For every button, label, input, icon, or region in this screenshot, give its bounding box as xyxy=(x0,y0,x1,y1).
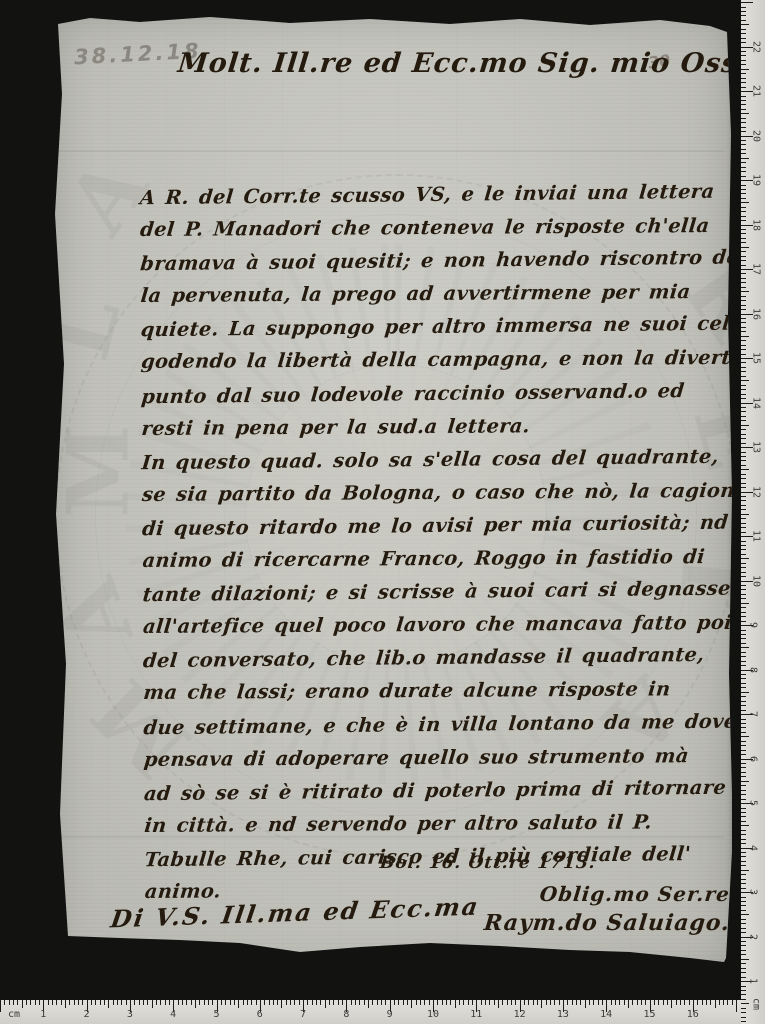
ruler-tick xyxy=(741,198,746,199)
ruler-tick xyxy=(741,799,746,800)
ruler-number: 15 xyxy=(643,1009,655,1020)
ruler-tick xyxy=(741,385,746,386)
ruler-number: 6 xyxy=(257,1009,263,1020)
ruler-tick xyxy=(741,287,746,288)
ruler-tick xyxy=(741,834,746,835)
scan-stage: ALMAMATER 38.12.18 30 Molt. Ill.re ed Ec… xyxy=(0,0,765,1024)
ruler-tick xyxy=(741,376,746,377)
ruler-number: 7 xyxy=(300,1009,306,1020)
ruler-number: 14 xyxy=(600,1009,612,1020)
ruler-tick xyxy=(680,1000,681,1005)
ruler-tick xyxy=(741,843,746,844)
ruler-tick xyxy=(741,273,746,274)
ruler-number: 8 xyxy=(748,666,759,672)
ruler-tick xyxy=(472,1000,473,1005)
ruler-tick xyxy=(741,309,746,310)
ruler-tick xyxy=(147,1000,148,1005)
ruler-tick xyxy=(741,322,746,323)
ruler-tick xyxy=(741,55,746,56)
ruler-tick xyxy=(741,914,749,915)
ruler-tick xyxy=(329,1000,330,1005)
ruler-tick xyxy=(524,1000,525,1005)
ruler-tick xyxy=(468,1000,469,1005)
ruler-number: 11 xyxy=(470,1009,482,1020)
ruler-tick xyxy=(654,1000,655,1005)
ruler-tick xyxy=(741,785,746,786)
ruler-tick xyxy=(741,238,746,239)
ruler-tick xyxy=(61,1000,62,1005)
ruler-tick xyxy=(741,1017,746,1018)
ruler-number: 16 xyxy=(751,307,762,319)
ruler-tick xyxy=(741,509,746,510)
ruler-tick xyxy=(741,607,746,608)
ruler-tick xyxy=(741,487,746,488)
ruler-tick xyxy=(741,683,746,684)
ruler-tick xyxy=(424,1000,425,1005)
ruler-number: 19 xyxy=(751,174,762,186)
ruler-tick xyxy=(741,158,749,159)
ruler-tick xyxy=(39,1000,40,1005)
ruler-tick xyxy=(446,1000,447,1005)
ruler-tick xyxy=(139,1000,140,1005)
ruler-tick xyxy=(741,705,746,706)
ruler-tick xyxy=(741,518,746,519)
ruler-tick xyxy=(199,1000,200,1005)
ruler-tick xyxy=(741,736,749,737)
ruler-tick xyxy=(537,1000,538,1005)
ruler-tick xyxy=(741,772,746,773)
ruler-tick xyxy=(351,1000,352,1005)
ruler-tick xyxy=(702,1000,703,1005)
ruler-tick xyxy=(741,1008,746,1009)
ruler-tick xyxy=(741,345,746,346)
ruler-tick xyxy=(121,1000,122,1005)
ruler-tick xyxy=(741,719,746,720)
ruler-tick xyxy=(463,1000,464,1005)
ruler-tick xyxy=(741,527,746,528)
ruler-tick xyxy=(741,505,746,506)
ruler-tick xyxy=(741,167,746,168)
ruler-tick xyxy=(741,460,746,461)
ruler-tick xyxy=(204,1000,205,1005)
ruler-number: 10 xyxy=(427,1009,439,1020)
ruler-tick xyxy=(741,425,749,426)
manuscript-line: punto dal suo lodevole raccinio osservan… xyxy=(139,378,722,418)
ruler-tick xyxy=(741,64,746,65)
ruler-tick xyxy=(741,776,746,777)
ruler-tick xyxy=(741,767,746,768)
vertical-cm-ruler: cm 22212019181716151413121110987654321 xyxy=(741,0,765,1024)
ruler-unit-label: cm xyxy=(8,1009,20,1020)
ruler-tick xyxy=(572,1000,573,1005)
ruler-tick xyxy=(741,545,746,546)
signature-block: Oblig.mo Ser.re Raym.do Saluiago. xyxy=(430,882,730,936)
ruler-tick xyxy=(56,1000,57,1005)
ruler-number: 7 xyxy=(748,711,759,717)
ruler-tick xyxy=(78,1000,79,1005)
ruler-tick xyxy=(727,1000,728,1005)
ruler-tick xyxy=(364,1000,365,1005)
ruler-tick xyxy=(91,1000,92,1005)
ruler-tick xyxy=(741,994,746,995)
ruler-tick xyxy=(741,354,746,355)
ruler-tick xyxy=(741,87,746,88)
ruler-tick xyxy=(741,879,746,880)
ruler-tick xyxy=(741,398,746,399)
ruler-tick xyxy=(113,1000,114,1005)
ruler-unit-label: cm xyxy=(751,998,762,1010)
ruler-tick xyxy=(741,563,746,564)
ruler-tick xyxy=(741,861,746,862)
ruler-tick xyxy=(48,1000,49,1005)
seal-letter: L xyxy=(36,289,132,368)
ruler-tick xyxy=(152,1000,153,1008)
ruler-tick xyxy=(741,576,746,577)
ruler-tick xyxy=(741,265,746,266)
manuscript-line: se sia partito da Bologna, o caso che nò… xyxy=(140,479,723,516)
ruler-tick xyxy=(741,999,746,1000)
ruler-tick xyxy=(741,362,746,363)
ruler-tick xyxy=(741,665,746,666)
ruler-tick xyxy=(741,888,746,889)
ruler-tick xyxy=(160,1000,161,1005)
ruler-tick xyxy=(82,1000,83,1005)
seal-letter: A xyxy=(44,569,145,659)
ruler-tick xyxy=(741,514,749,515)
manuscript-line: godendo la libertà della campagna, e non… xyxy=(139,346,722,383)
ruler-tick xyxy=(741,127,746,128)
ruler-number: 3 xyxy=(748,889,759,895)
ruler-tick xyxy=(706,1000,707,1005)
ruler-tick xyxy=(741,140,746,141)
ruler-tick xyxy=(208,1000,209,1005)
ruler-tick xyxy=(156,1000,157,1005)
ruler-tick xyxy=(741,598,746,599)
ruler-tick xyxy=(619,1000,620,1005)
ruler-tick xyxy=(741,51,746,52)
ruler-tick xyxy=(429,1000,430,1005)
ruler-tick xyxy=(407,1000,408,1005)
ruler-tick xyxy=(741,73,746,74)
ruler-number: 14 xyxy=(751,396,762,408)
ruler-tick xyxy=(741,7,746,8)
ruler-tick xyxy=(4,1000,5,1005)
ruler-tick xyxy=(741,380,749,381)
ruler-number: 15 xyxy=(751,352,762,364)
ruler-tick xyxy=(741,96,746,97)
manuscript-line: del P. Manadori che conteneva le rispost… xyxy=(138,214,721,251)
ruler-tick xyxy=(741,100,746,101)
ruler-tick xyxy=(580,1000,581,1005)
ruler-tick xyxy=(403,1000,404,1005)
ruler-tick xyxy=(741,638,746,639)
horizontal-cm-ruler: cm 12345678910111213141516 xyxy=(0,1000,741,1024)
ruler-tick xyxy=(741,207,746,208)
ruler-tick xyxy=(741,24,749,25)
ruler-tick xyxy=(455,1000,456,1008)
ruler-tick xyxy=(741,434,746,435)
ruler-tick xyxy=(741,122,746,123)
ruler-tick xyxy=(741,60,746,61)
ruler-tick xyxy=(741,296,746,297)
ruler-tick xyxy=(741,732,746,733)
ruler-tick xyxy=(684,1000,685,1005)
ruler-tick xyxy=(559,1000,560,1005)
ruler-tick xyxy=(234,1000,235,1005)
ruler-tick xyxy=(741,327,746,328)
ruler-tick xyxy=(741,420,746,421)
ruler-tick xyxy=(567,1000,568,1005)
ruler-number: 21 xyxy=(751,85,762,97)
ruler-tick xyxy=(238,1000,239,1008)
ruler-tick xyxy=(741,647,749,648)
ruler-tick xyxy=(576,1000,577,1005)
ruler-number: 9 xyxy=(387,1009,393,1020)
ruler-tick xyxy=(307,1000,308,1005)
ruler-number: 8 xyxy=(343,1009,349,1020)
ruler-tick xyxy=(741,794,746,795)
ruler-tick xyxy=(645,1000,646,1005)
ruler-tick xyxy=(273,1000,274,1005)
ruler-tick xyxy=(355,1000,356,1005)
ruler-tick xyxy=(741,15,746,16)
ruler-tick xyxy=(381,1000,382,1005)
ruler-tick xyxy=(741,371,746,372)
ruler-tick xyxy=(589,1000,590,1005)
fold-crease xyxy=(58,150,724,152)
ruler-number: 6 xyxy=(748,755,759,761)
ruler-tick xyxy=(338,1000,339,1005)
ruler-tick xyxy=(741,131,746,132)
manuscript-line: ad sò se si è ritirato di poterlo prima … xyxy=(142,775,725,815)
ruler-tick xyxy=(741,300,746,301)
ruler-tick xyxy=(741,2,753,3)
ruler-tick xyxy=(732,1000,733,1005)
ruler-tick xyxy=(286,1000,287,1005)
ruler-tick xyxy=(741,972,746,973)
ruler-tick xyxy=(225,1000,226,1005)
ruler-tick xyxy=(325,1000,326,1008)
ruler-tick xyxy=(411,1000,412,1008)
ruler-tick xyxy=(741,977,746,978)
ruler-tick xyxy=(710,1000,711,1005)
ruler-tick xyxy=(602,1000,603,1005)
ruler-tick xyxy=(741,483,746,484)
ruler-tick xyxy=(741,416,746,417)
ruler-tick xyxy=(736,1000,737,1012)
ruler-tick xyxy=(546,1000,547,1005)
ruler-tick xyxy=(290,1000,291,1005)
ruler-tick xyxy=(741,986,746,987)
ruler-tick xyxy=(741,594,746,595)
ruler-tick xyxy=(741,549,746,550)
ruler-tick xyxy=(741,839,746,840)
ruler-tick xyxy=(502,1000,503,1005)
ruler-tick xyxy=(312,1000,313,1005)
ruler-tick xyxy=(667,1000,668,1005)
ruler-tick xyxy=(316,1000,317,1005)
ruler-tick xyxy=(741,589,746,590)
ruler-tick xyxy=(459,1000,460,1005)
ruler-tick xyxy=(741,585,746,586)
ruler-tick xyxy=(741,932,746,933)
ruler-tick xyxy=(165,1000,166,1005)
ruler-tick xyxy=(741,723,746,724)
ruler-tick xyxy=(741,305,746,306)
ruler-tick xyxy=(741,643,746,644)
ruler-tick xyxy=(741,109,746,110)
ruler-tick xyxy=(320,1000,321,1005)
ruler-tick xyxy=(671,1000,672,1008)
ruler-tick xyxy=(741,256,746,257)
ruler-tick xyxy=(741,754,746,755)
ruler-number: 4 xyxy=(748,844,759,850)
manuscript-line: ma che lassi; erano durate alcune rispos… xyxy=(141,677,724,714)
ruler-tick xyxy=(741,674,746,675)
ruler-tick xyxy=(741,349,746,350)
ruler-tick xyxy=(741,652,746,653)
ruler-tick xyxy=(104,1000,105,1005)
ruler-tick xyxy=(741,763,746,764)
ruler-tick xyxy=(741,901,746,902)
ruler-tick xyxy=(741,260,746,261)
ruler-tick xyxy=(221,1000,222,1005)
ruler-tick xyxy=(741,808,746,809)
ruler-tick xyxy=(741,678,746,679)
ruler-tick xyxy=(182,1000,183,1005)
ruler-tick xyxy=(741,616,746,617)
ruler-tick xyxy=(251,1000,252,1005)
ruler-tick xyxy=(342,1000,343,1005)
salutation-line: Molt. Ill.re ed Ecc.mo Sig. mio Oss.mo xyxy=(176,48,599,79)
ruler-number: 2 xyxy=(84,1009,90,1020)
seal-letter: M xyxy=(56,425,140,518)
ruler-number: 18 xyxy=(751,218,762,230)
ruler-tick xyxy=(741,367,746,368)
ruler-tick xyxy=(741,959,749,960)
ruler-tick xyxy=(741,251,746,252)
ruler-tick xyxy=(741,42,746,43)
ruler-tick xyxy=(741,20,746,21)
ruler-tick xyxy=(741,821,746,822)
ruler-tick xyxy=(741,661,746,662)
ruler-tick xyxy=(437,1000,438,1005)
ruler-tick xyxy=(741,1021,746,1022)
ruler-tick xyxy=(741,456,746,457)
ruler-tick xyxy=(22,1000,23,1008)
ruler-tick xyxy=(741,634,746,635)
signature-title: Oblig.mo Ser.re xyxy=(429,882,732,906)
ruler-tick xyxy=(741,185,746,186)
ruler-tick xyxy=(632,1000,633,1005)
ruler-tick xyxy=(741,242,746,243)
ruler-tick xyxy=(741,990,746,991)
ruler-tick xyxy=(741,781,749,782)
ruler-tick xyxy=(741,104,746,105)
ruler-tick xyxy=(741,171,746,172)
ruler-tick xyxy=(741,407,746,408)
ruler-tick xyxy=(741,790,746,791)
ruler-tick xyxy=(741,429,746,430)
ruler-tick xyxy=(741,1012,746,1013)
ruler-tick xyxy=(299,1000,300,1005)
ruler-tick xyxy=(741,656,746,657)
ruler-tick xyxy=(641,1000,642,1005)
ruler-tick xyxy=(715,1000,716,1008)
ruler-tick xyxy=(741,340,746,341)
ruler-tick xyxy=(134,1000,135,1005)
ruler-tick xyxy=(0,1000,1,1012)
ruler-tick xyxy=(108,1000,109,1008)
ruler-tick xyxy=(264,1000,265,1005)
ruler-tick xyxy=(741,162,746,163)
ruler-tick xyxy=(637,1000,638,1005)
ruler-tick xyxy=(372,1000,373,1005)
ruler-tick xyxy=(741,572,746,573)
ruler-tick xyxy=(741,923,746,924)
ruler-number: 5 xyxy=(748,800,759,806)
ruler-tick xyxy=(294,1000,295,1005)
ruler-tick xyxy=(494,1000,495,1005)
ruler-number: 1 xyxy=(748,978,759,984)
ruler-tick xyxy=(741,394,746,395)
ruler-tick xyxy=(741,1003,749,1004)
ruler-tick xyxy=(95,1000,96,1005)
ruler-tick xyxy=(741,870,749,871)
ruler-tick xyxy=(741,411,746,412)
ruler-tick xyxy=(74,1000,75,1005)
ruler-tick xyxy=(598,1000,599,1005)
ruler-tick xyxy=(741,745,746,746)
ruler-tick xyxy=(741,189,746,190)
ruler-tick xyxy=(741,211,746,212)
ruler-tick xyxy=(13,1000,14,1005)
ruler-tick xyxy=(741,954,746,955)
manuscript-line: pensava di adoperare quello suo strument… xyxy=(142,744,725,781)
ruler-tick xyxy=(741,478,746,479)
ruler-tick xyxy=(615,1000,616,1005)
ruler-tick xyxy=(741,278,746,279)
ruler-tick xyxy=(741,443,746,444)
ruler-number: 3 xyxy=(127,1009,133,1020)
ruler-number: 4 xyxy=(170,1009,176,1020)
ruler-tick xyxy=(100,1000,101,1005)
ruler-number: 17 xyxy=(751,263,762,275)
ruler-tick xyxy=(741,696,746,697)
ruler-tick xyxy=(741,612,746,613)
ruler-tick xyxy=(741,856,746,857)
ruler-tick xyxy=(420,1000,421,1005)
manuscript-line: animo di ricercarne Franco, Roggo in fas… xyxy=(140,545,723,582)
ruler-tick xyxy=(741,928,746,929)
ruler-tick xyxy=(741,500,746,501)
ruler-tick xyxy=(741,919,746,920)
ruler-tick xyxy=(143,1000,144,1005)
ruler-tick xyxy=(533,1000,534,1005)
ruler-tick xyxy=(741,830,746,831)
ruler-tick xyxy=(169,1000,170,1005)
ruler-number: 5 xyxy=(213,1009,219,1020)
ruler-tick xyxy=(247,1000,248,1005)
ruler-tick xyxy=(377,1000,378,1005)
letter-body: A R. del Corr.te scusso VS, e le inviai … xyxy=(139,181,724,913)
ruler-tick xyxy=(52,1000,53,1005)
ruler-tick xyxy=(541,1000,542,1008)
ruler-tick xyxy=(676,1000,677,1005)
ruler-tick xyxy=(741,750,746,751)
signature-name: Raym.do Saluiago. xyxy=(429,910,732,936)
ruler-tick xyxy=(9,1000,10,1005)
